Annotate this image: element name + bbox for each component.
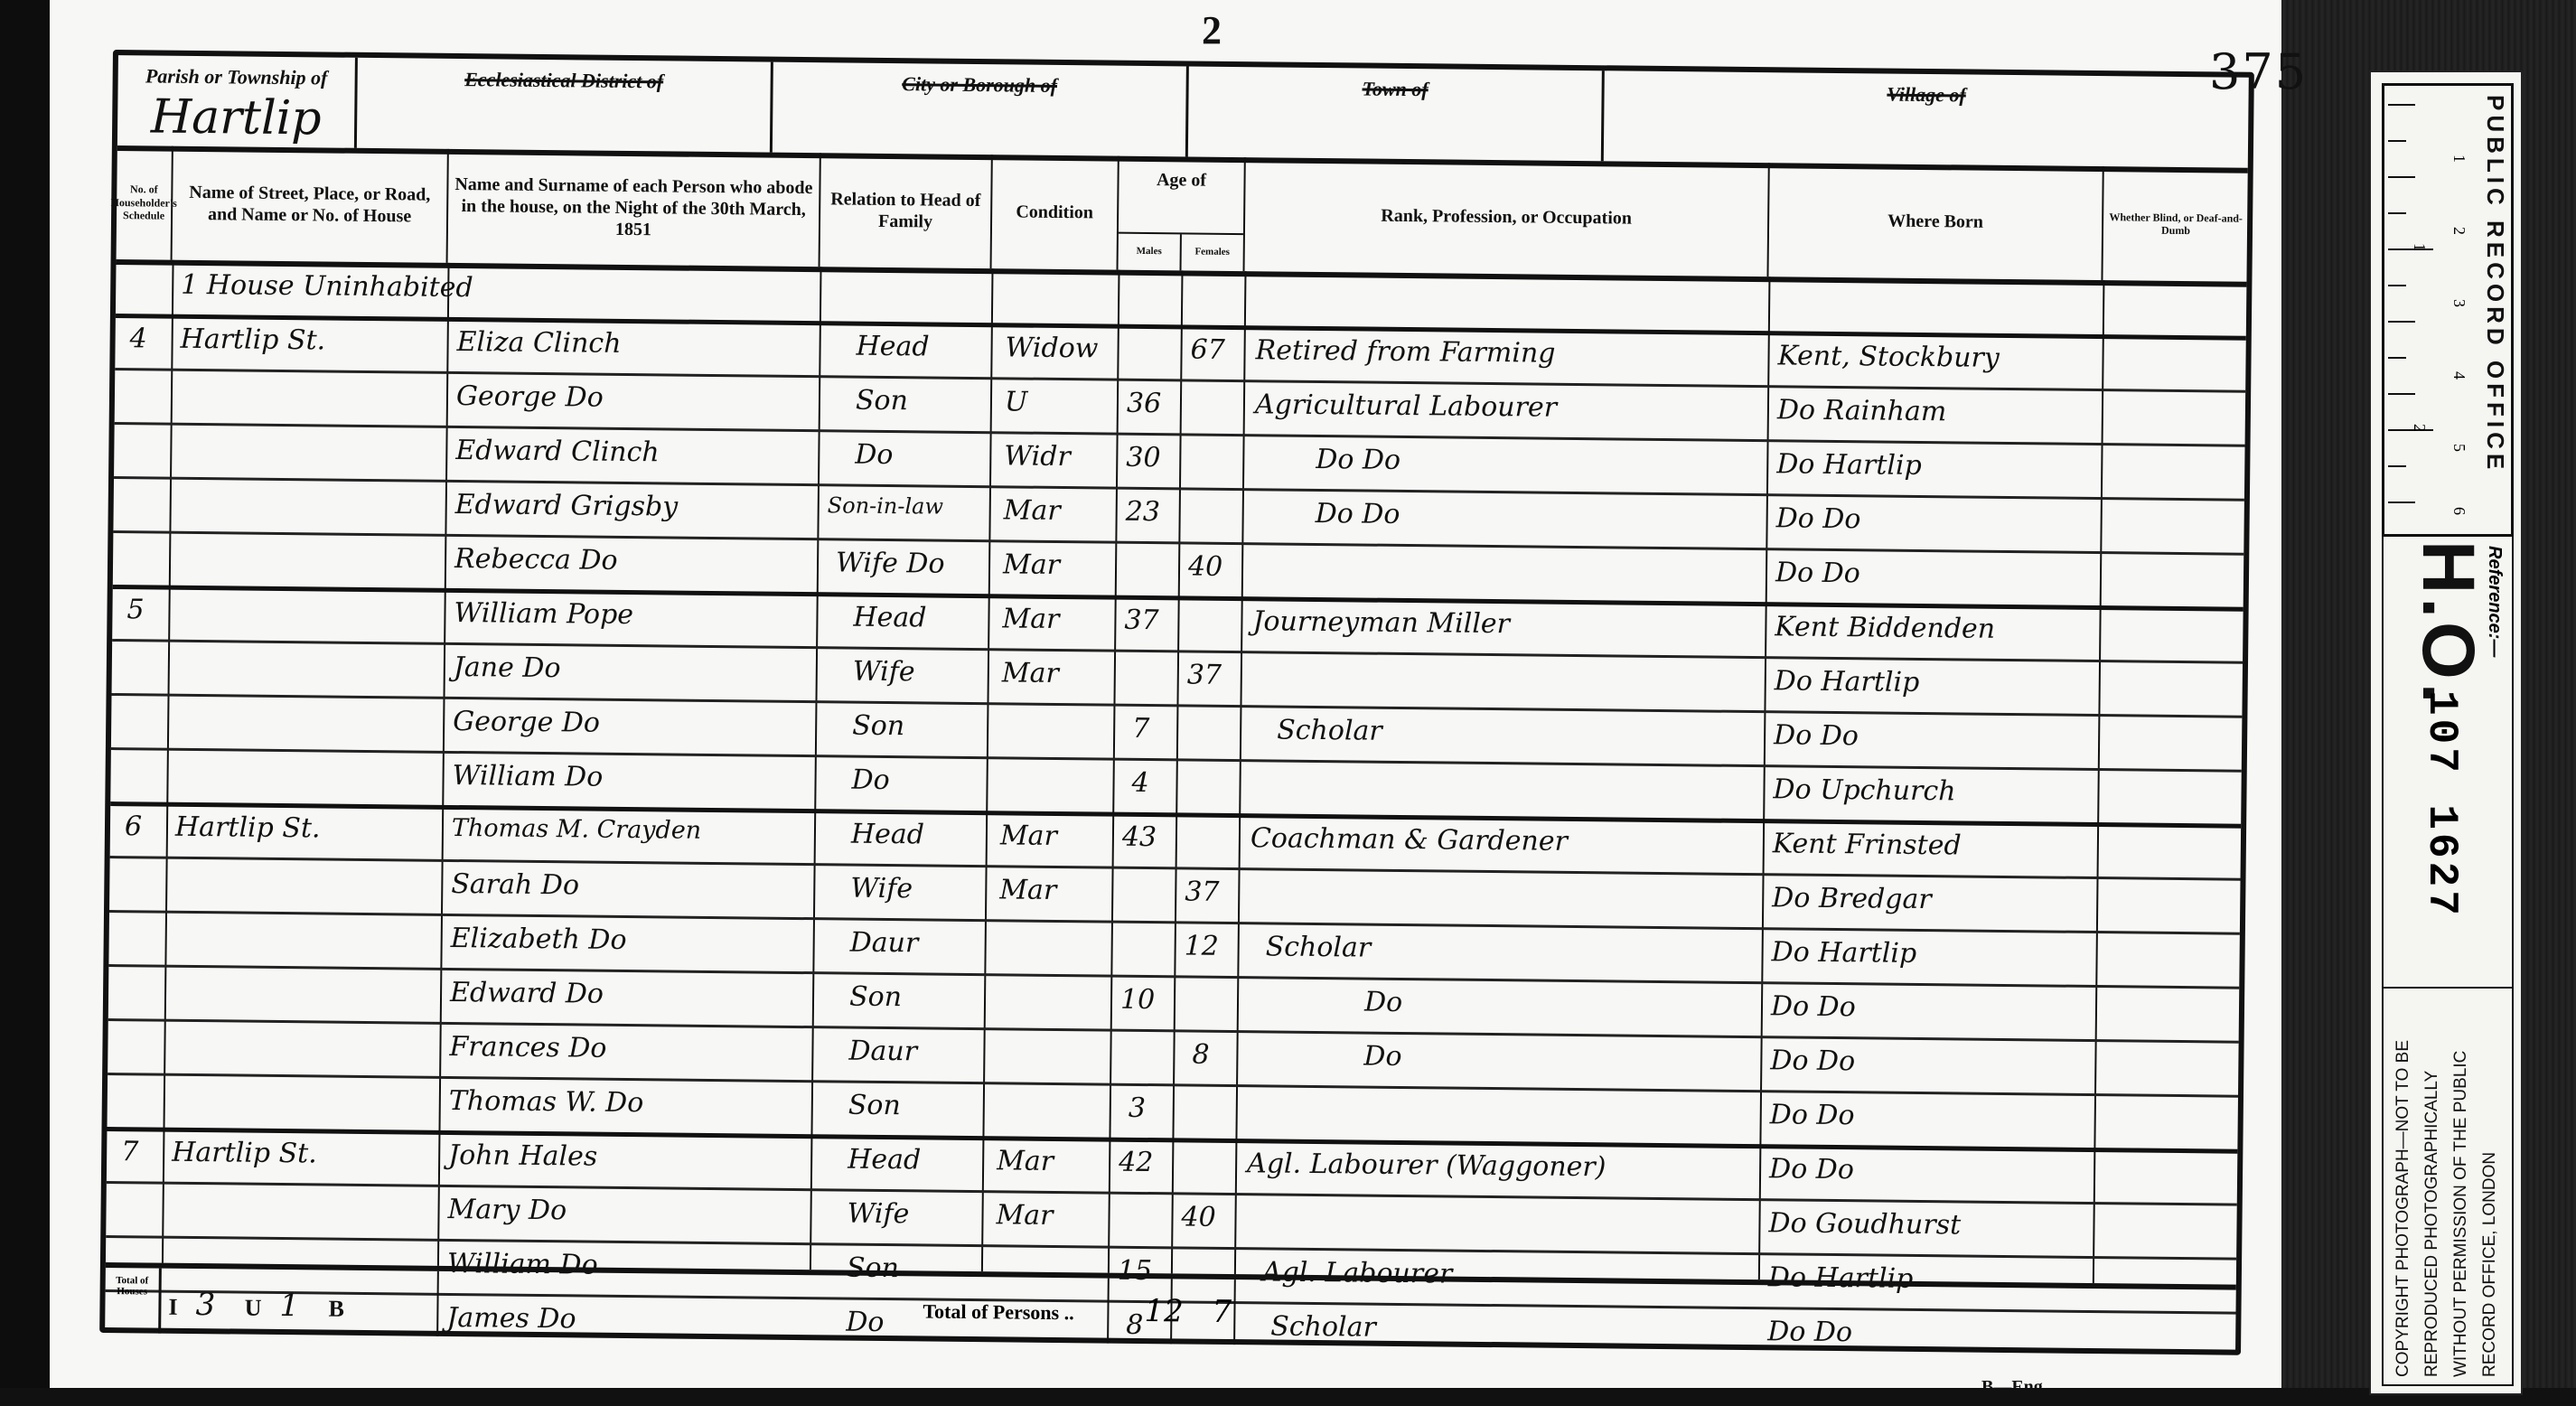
born-cell: Do Rainham bbox=[1777, 394, 1947, 427]
relation-cell: Daur bbox=[848, 1036, 917, 1068]
town-label: Town of bbox=[1188, 75, 1601, 103]
born-cell: Do Do bbox=[1775, 557, 1860, 589]
street-cell: Hartlip St. bbox=[172, 1137, 317, 1170]
name-cell: Frances Do bbox=[449, 1031, 606, 1064]
condition-cell: Mar bbox=[997, 1145, 1054, 1177]
copyright-box: COPYRIGHT PHOTOGRAPH—NOT TO BE REPRODUCE… bbox=[2382, 989, 2514, 1386]
male-age-cell: 37 bbox=[1124, 605, 1159, 636]
col-name: Name and Surname of each Person who abod… bbox=[448, 149, 821, 267]
male-age-cell: 30 bbox=[1126, 442, 1161, 473]
ruler-cm-label: 5 bbox=[2450, 444, 2468, 452]
name-cell: George Do bbox=[453, 706, 600, 739]
name-cell: William Do bbox=[452, 760, 603, 793]
reference-box: Reference:— H.O. 107 1627 bbox=[2382, 537, 2514, 989]
born-cell: Do Hartlip bbox=[1775, 665, 1920, 698]
name-cell: Edward Grigsby bbox=[455, 489, 679, 523]
male-age-cell: 7 bbox=[1132, 713, 1149, 745]
born-cell: Kent Frinsted bbox=[1773, 828, 1962, 861]
male-age-cell: 10 bbox=[1120, 984, 1156, 1016]
occupation-cell: Coachman & Gardener bbox=[1251, 822, 1568, 858]
name-cell: Mary Do bbox=[447, 1194, 567, 1226]
ruler-tick bbox=[2388, 104, 2415, 106]
ruler-cm-label: 6 bbox=[2450, 507, 2468, 515]
ruler-cm-label: 2 bbox=[2450, 227, 2468, 235]
ruler-inch-label: 2 bbox=[2410, 424, 2429, 432]
street-cell: Hartlip St. bbox=[175, 811, 321, 845]
relation-cell: Do bbox=[855, 439, 893, 471]
town-cell: Town of bbox=[1188, 66, 1605, 161]
female-age-cell: 37 bbox=[1187, 659, 1222, 690]
inhabited-label: I bbox=[168, 1294, 183, 1320]
ruler-tick bbox=[2388, 212, 2406, 214]
condition-cell: Mar bbox=[1002, 657, 1059, 689]
relation-cell: Wife bbox=[853, 656, 915, 689]
condition-cell: Mar bbox=[1002, 603, 1059, 635]
col-relation: Relation to Head of Family bbox=[820, 153, 993, 268]
relation-cell: Do bbox=[851, 764, 889, 796]
city-label: City or Borough of bbox=[773, 71, 1186, 99]
ruler-tick bbox=[2388, 285, 2406, 286]
relation-cell: Wife bbox=[847, 1198, 909, 1231]
born-cell: Do Do bbox=[1771, 990, 1856, 1023]
ecclesiastical-cell: Ecclesiastical District of bbox=[357, 58, 773, 153]
male-age-cell: 42 bbox=[1119, 1147, 1154, 1178]
ruler-tick bbox=[2388, 140, 2406, 142]
relation-cell: Wife Do bbox=[836, 547, 945, 579]
ruler-inch-label: 1 bbox=[2410, 243, 2429, 251]
occupation-cell: Do Do bbox=[1316, 498, 1400, 530]
col-males: Males bbox=[1119, 234, 1182, 271]
col-occupation: Rank, Profession, or Occupation bbox=[1245, 157, 1770, 277]
ruler-tick bbox=[2388, 176, 2415, 178]
name-cell: Eliza Clinch bbox=[456, 326, 621, 360]
parish-cell: Parish or Township of Hartlip bbox=[117, 55, 358, 148]
ruler-tick bbox=[2388, 393, 2415, 395]
sheet-number: 2 bbox=[1202, 7, 1222, 53]
col-females: Females bbox=[1182, 234, 1243, 271]
name-cell: William Pope bbox=[454, 597, 633, 631]
condition-cell: Mar bbox=[1004, 494, 1061, 527]
condition-cell: Mar bbox=[996, 1199, 1053, 1232]
born-cell: Kent Biddenden bbox=[1775, 611, 1995, 645]
schedule-cell: 4 bbox=[129, 323, 146, 354]
relation-cell: Son-in-law bbox=[828, 492, 944, 519]
condition-cell: Widr bbox=[1004, 440, 1071, 473]
born-cell: Do Upchurch bbox=[1773, 773, 1955, 807]
condition-cell: Mar bbox=[999, 874, 1056, 906]
relation-cell: Son bbox=[856, 385, 908, 417]
occupation-cell: Scholar bbox=[1277, 715, 1382, 747]
born-cell: Do Do bbox=[1774, 719, 1859, 752]
occupation-cell: Scholar bbox=[1265, 931, 1371, 963]
relation-cell: Wife bbox=[850, 873, 913, 905]
col-street: Name of Street, Place, or Road, and Name… bbox=[173, 146, 449, 263]
city-cell: City or Borough of bbox=[773, 62, 1189, 157]
relation-cell: Head bbox=[851, 819, 924, 851]
street-cell: Hartlip St. bbox=[180, 323, 325, 357]
condition-cell: Mar bbox=[1000, 820, 1057, 852]
male-age-cell: 43 bbox=[1122, 821, 1157, 853]
ruler-tick bbox=[2388, 501, 2415, 503]
relation-cell: Head bbox=[853, 602, 926, 634]
occupation-cell: Do Do bbox=[1316, 444, 1400, 476]
total-houses-label: Total of Houses bbox=[105, 1268, 162, 1334]
born-cell: Do Do bbox=[1769, 1153, 1854, 1186]
occupation-cell: Do bbox=[1364, 987, 1402, 1018]
born-cell: Do Bredgar bbox=[1772, 882, 1932, 915]
village-cell: Village of bbox=[1604, 70, 2249, 167]
ruler-cm-label: 1 bbox=[2450, 155, 2468, 163]
relation-cell: Son bbox=[849, 981, 902, 1014]
scan-bottom-margin bbox=[0, 1388, 2576, 1406]
ruler-tick bbox=[2388, 321, 2415, 323]
relation-cell: Son bbox=[848, 1090, 901, 1122]
census-page: 2 375 Parish or Township of Hartlip Eccl… bbox=[50, 0, 2281, 1392]
female-age-cell: 37 bbox=[1185, 876, 1220, 907]
occupation-cell: Journeyman Miller bbox=[1252, 605, 1510, 640]
relation-cell: Head bbox=[848, 1144, 921, 1176]
inhabited-count: 3 bbox=[195, 1287, 220, 1323]
condition-cell: Mar bbox=[1003, 548, 1060, 581]
age-subheadings: Males Females bbox=[1119, 232, 1243, 271]
total-males: 12 bbox=[1144, 1293, 1184, 1329]
census-form: Parish or Township of Hartlip Ecclesiast… bbox=[99, 50, 2254, 1355]
female-age-cell: 40 bbox=[1188, 550, 1223, 582]
condition-cell: U bbox=[1005, 386, 1028, 417]
name-cell: Rebecca Do bbox=[454, 543, 618, 576]
col-blind: Whether Blind, or Deaf-and-Dumb bbox=[2103, 166, 2248, 282]
born-cell: Kent, Stockbury bbox=[1777, 340, 2000, 374]
rule bbox=[1170, 1279, 1173, 1344]
name-cell: Jane Do bbox=[454, 651, 561, 684]
parish-value: Hartlip bbox=[117, 89, 355, 146]
schedule-cell: 5 bbox=[126, 594, 144, 625]
reference-series: H.O. bbox=[2405, 540, 2490, 708]
ruler-tick bbox=[2388, 357, 2406, 359]
male-age-cell: 36 bbox=[1127, 388, 1162, 419]
name-cell: George Do bbox=[456, 380, 604, 414]
scale-ruler: PUBLIC RECORD OFFICE 1 2 3 4 5 6 1 2 bbox=[2382, 83, 2514, 537]
col-where-born: Where Born bbox=[1768, 163, 2103, 280]
pro-reference-label: PUBLIC RECORD OFFICE 1 2 3 4 5 6 1 2 Ref… bbox=[2369, 70, 2523, 1395]
street-cell: 1 House Uninhabited bbox=[181, 269, 473, 304]
name-cell: Edward Do bbox=[450, 977, 604, 1010]
schedule-cell: 7 bbox=[121, 1136, 138, 1167]
male-age-cell: 3 bbox=[1129, 1092, 1146, 1124]
name-cell: Sarah Do bbox=[451, 868, 579, 901]
schedule-cell: 6 bbox=[125, 811, 142, 842]
total-persons-label: Total of Persons .. bbox=[923, 1299, 1074, 1325]
male-age-cell: 23 bbox=[1126, 496, 1161, 528]
ruler-cm-label: 4 bbox=[2450, 371, 2468, 380]
uninhabited-label: U bbox=[245, 1295, 267, 1321]
born-cell: Do Do bbox=[1775, 502, 1860, 535]
name-cell: Elizabeth Do bbox=[451, 923, 627, 956]
reference-number: 107 1627 bbox=[2418, 690, 2465, 919]
village-label: Village of bbox=[1604, 80, 2248, 109]
building-label: B bbox=[328, 1296, 350, 1322]
rule bbox=[1233, 1279, 1236, 1345]
born-cell: Do Hartlip bbox=[1776, 448, 1922, 482]
pro-title: PUBLIC RECORD OFFICE bbox=[2481, 95, 2509, 473]
born-cell: Do Hartlip bbox=[1771, 936, 1916, 970]
name-cell: Edward Clinch bbox=[455, 435, 660, 468]
col-age: Age of Males Females bbox=[1119, 156, 1246, 271]
col-condition: Condition bbox=[992, 155, 1119, 269]
born-cell: Do Do bbox=[1770, 1099, 1855, 1131]
parish-label: Parish or Township of bbox=[118, 64, 355, 90]
occupation-cell: Agricultural Labourer bbox=[1255, 389, 1557, 423]
occupation-cell: Agl. Labourer (Waggoner) bbox=[1247, 1148, 1606, 1183]
name-cell: John Hales bbox=[448, 1139, 597, 1173]
copyright-notice: COPYRIGHT PHOTOGRAPH—NOT TO BE REPRODUCE… bbox=[2389, 998, 2505, 1377]
rule bbox=[436, 1271, 439, 1336]
ruler-cm-label: 3 bbox=[2450, 299, 2468, 307]
born-cell: Do Goudhurst bbox=[1768, 1207, 1961, 1241]
col-age-label: Age of bbox=[1157, 169, 1206, 192]
ecclesiastical-label: Ecclesiastical District of bbox=[358, 67, 771, 95]
total-females: 7 bbox=[1212, 1294, 1232, 1330]
ruler-tick bbox=[2388, 465, 2406, 467]
occupation-cell: Retired from Farming bbox=[1255, 334, 1555, 369]
col-schedule-no: No. of Householder's Schedule bbox=[117, 145, 173, 260]
male-age-cell: 4 bbox=[1131, 767, 1148, 799]
relation-cell: Daur bbox=[850, 927, 919, 960]
rule bbox=[1107, 1279, 1110, 1344]
uninhabited-count: 1 bbox=[279, 1288, 304, 1324]
female-age-cell: 67 bbox=[1190, 334, 1225, 366]
name-cell: Thomas M. Crayden bbox=[452, 814, 701, 845]
relation-cell: Son bbox=[852, 710, 904, 743]
female-age-cell: 40 bbox=[1181, 1201, 1216, 1233]
occupation-cell: Do bbox=[1363, 1041, 1401, 1073]
female-age-cell: 8 bbox=[1192, 1039, 1209, 1071]
female-age-cell: 12 bbox=[1184, 930, 1219, 961]
born-cell: Do Do bbox=[1770, 1045, 1855, 1077]
name-cell: Thomas W. Do bbox=[449, 1085, 644, 1119]
houses-totals: I3 U1 B bbox=[168, 1287, 375, 1325]
relation-cell: Head bbox=[856, 331, 929, 363]
condition-cell: Widow bbox=[1005, 332, 1098, 364]
